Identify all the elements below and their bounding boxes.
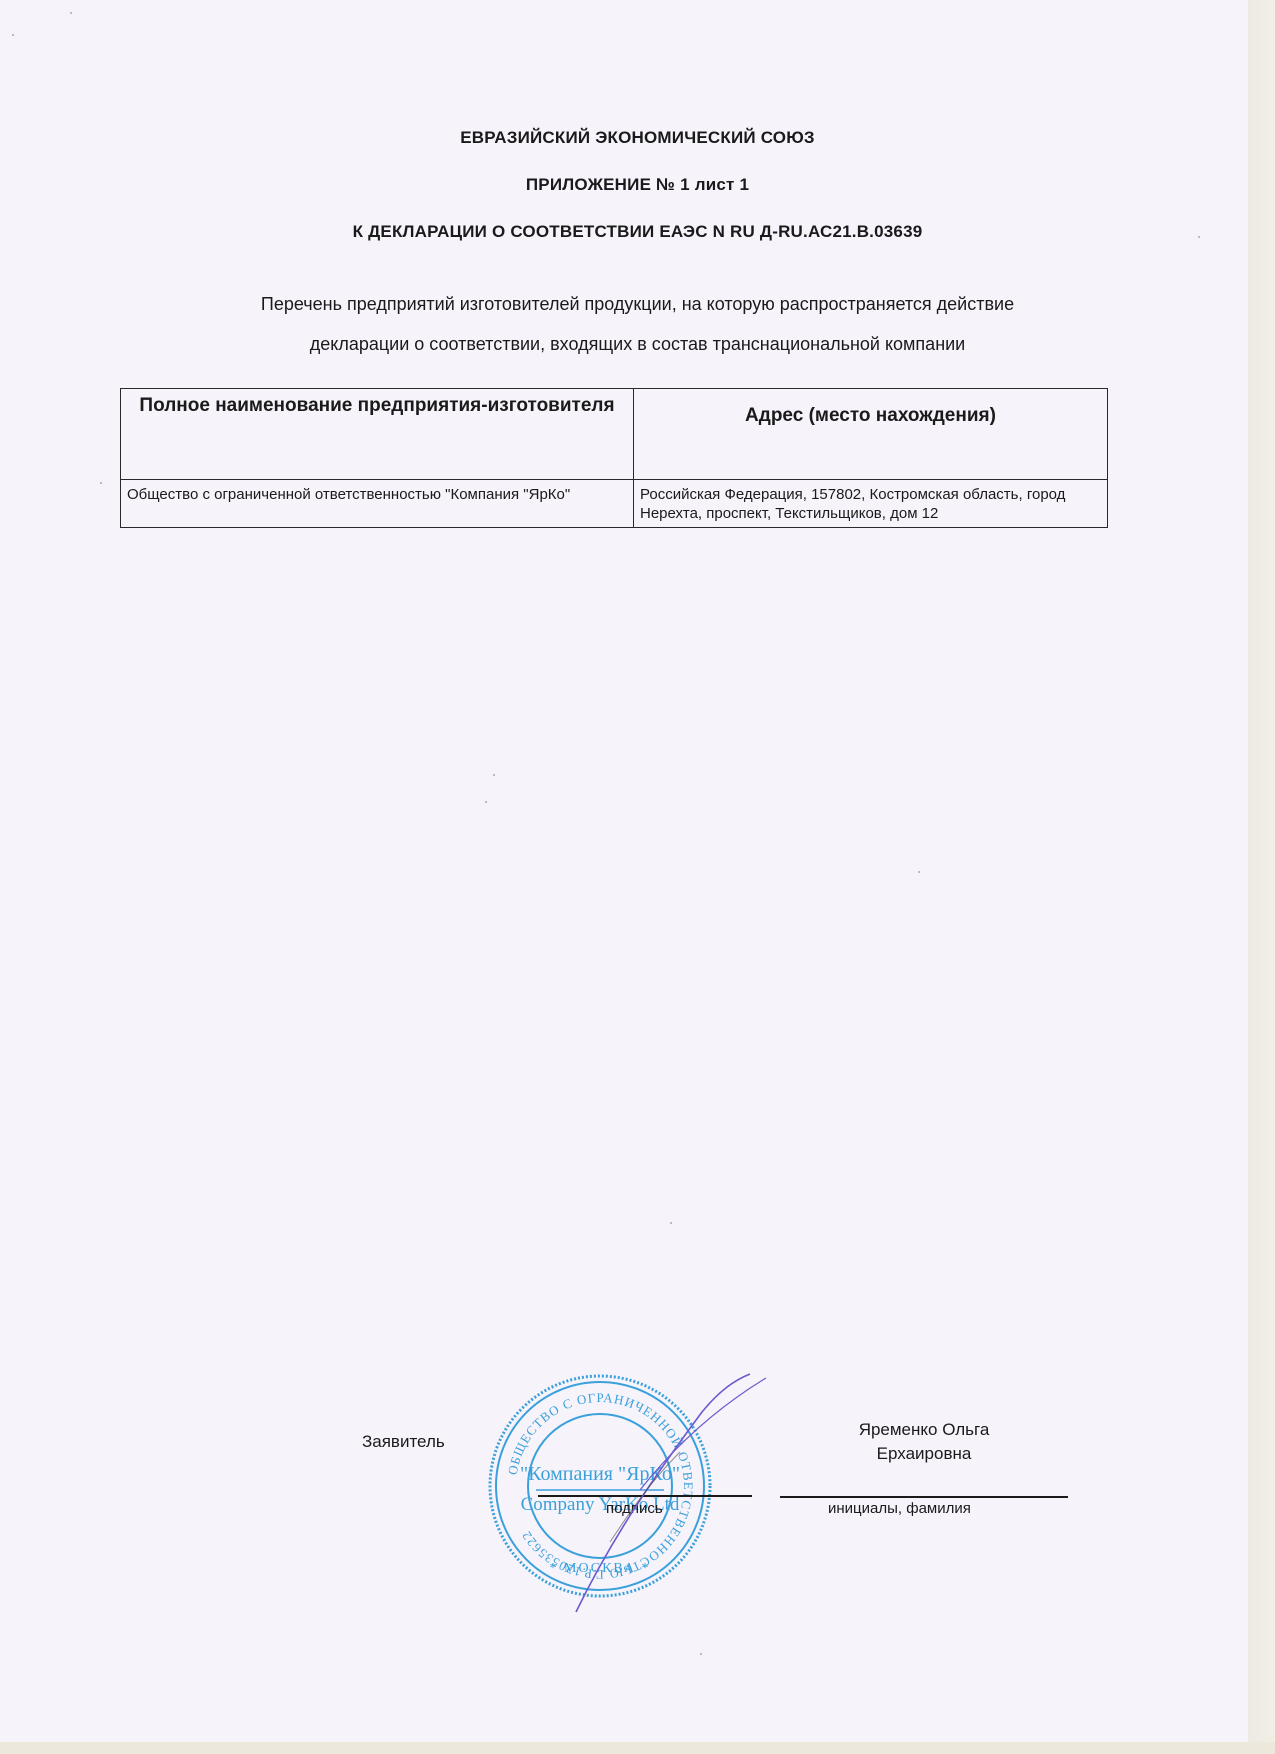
- name-line: [780, 1496, 1068, 1498]
- column-header-name: Полное наименование предприятия-изготови…: [121, 389, 634, 480]
- applicant-name-line-1: Яременко Ольга: [780, 1418, 1068, 1442]
- table-row: Общество с ограниченной ответственностью…: [121, 480, 1108, 528]
- union-title: ЕВРАЗИЙСКИЙ ЭКОНОМИЧЕСКИЙ СОЮЗ: [0, 128, 1275, 148]
- scan-speck: [493, 774, 495, 776]
- manufacturers-table: Полное наименование предприятия-изготови…: [120, 388, 1108, 528]
- applicant-name-line-2: Ерхаировна: [780, 1442, 1068, 1466]
- handwritten-signature-icon: [570, 1372, 770, 1622]
- scan-speck: [100, 482, 102, 484]
- scan-speck: [70, 12, 72, 14]
- scan-speck: [12, 34, 14, 36]
- intro-line-2: декларации о соответствии, входящих в со…: [0, 334, 1275, 355]
- applicant-label: Заявитель: [362, 1432, 445, 1452]
- scan-speck: [918, 871, 920, 873]
- scan-edge-bottom: [0, 1742, 1275, 1754]
- scan-speck: [700, 1653, 702, 1655]
- manufacturer-name-cell: Общество с ограниченной ответственностью…: [121, 480, 634, 528]
- table-header-row: Полное наименование предприятия-изготови…: [121, 389, 1108, 480]
- manufacturer-address-cell: Российская Федерация, 157802, Костромска…: [634, 480, 1108, 528]
- intro-line-1: Перечень предприятий изготовителей проду…: [0, 294, 1275, 315]
- scan-speck: [485, 801, 487, 803]
- column-header-address: Адрес (место нахождения): [634, 389, 1108, 480]
- scan-speck: [670, 1222, 672, 1224]
- scan-edge-right: [1248, 0, 1275, 1754]
- applicant-name: Яременко Ольга Ерхаировна: [780, 1418, 1068, 1466]
- declaration-title: К ДЕКЛАРАЦИИ О СООТВЕТСТВИИ ЕАЭС N RU Д-…: [0, 222, 1275, 242]
- appendix-title: ПРИЛОЖЕНИЕ № 1 лист 1: [0, 175, 1275, 195]
- name-caption: инициалы, фамилия: [828, 1500, 971, 1517]
